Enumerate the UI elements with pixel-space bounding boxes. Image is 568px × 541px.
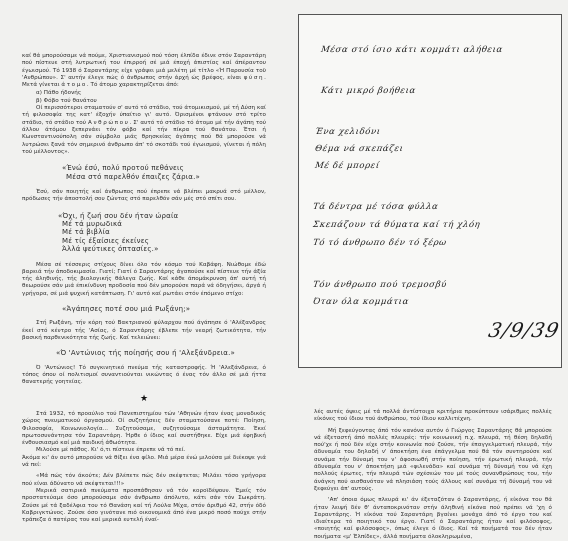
paragraph: Στή Ρωξάνη, τήν κόρη τού Βακτριανού φύλα… [22,320,266,342]
handwritten-date: 3/9/39 [486,318,561,342]
characteristics-list: α) Πάθο ήδονής β) Φόβο τού θανάτου [36,90,266,105]
poem-line: «Ένώ έσύ, πολύ προτού πεθάνεις [62,164,266,172]
poem-quote-1: «Ένώ έσύ, πολύ προτού πεθάνεις Μέσα στό … [62,164,266,181]
handwritten-line: Σκεπάζουν τά θύματα καί τή χλόη [312,220,481,230]
emphasis-anthropou: Ανθρώπου [88,120,129,126]
emphasis-physis: φύση [244,75,264,81]
handwritten-line: Μέ δέ μπορεί [314,161,380,171]
list-item: β) Φόβο τού θανάτου [36,98,266,105]
quote-roxane: «Άγάπησες ποτέ σου μιά Ρωξάνη;» [62,305,266,313]
paragraph: Ό 'Αντώνιος! Τό συγκινητικό πνεύμα τής κ… [22,365,266,387]
handwritten-line: Τό τό άνθρωπο δέν τό ξέρω [312,238,447,248]
paragraph: Στά 1932, τό προαύλιο τού Πανεπιστημίου … [22,411,266,447]
handwritten-line: Τόν άνθρωπο πού τρεμοσβύ [312,280,447,290]
poem-line: Άλλά ψεύτικες όπτασίες.» [58,245,266,253]
intro-paragraph: καί θά μπορούσαμε νά πούμε, Χριστιανισμο… [22,53,266,89]
handwritten-line: Ένα χελιδόνι [314,127,381,137]
poem-line: «Όχι, ή ζωή σου δέν ήταν ώραία [58,212,266,220]
paragraph: Μερικά σατιρικά πνεύματα προσπάθησαν νά … [22,488,266,524]
paragraph: Μιλούσε μέ πάθος. Κι' ό,τι πίστευε έπρεπ… [22,447,266,454]
paragraph: «Μά πώς τόν άκούτε; Δέν βλέπετε πώς δέν … [22,473,266,488]
paragraph: 'Απ' όποια όμως πλευρά κι' άν έξεταζόταν… [314,497,552,541]
quote-antonios: «Ό 'Αντώνιος τής ποίησής σου ή 'Αλεξάνδρ… [56,349,266,357]
poem-line: Μέ τά βιβλία [58,228,266,236]
left-column: καί θά μπορούσαμε νά πούμε, Χριστιανισμο… [22,53,266,524]
paragraph: λές αυτές όψεις μέ τά πολλά άντίστοιχα κ… [314,409,552,424]
right-column: λές αυτές όψεις μέ τά πολλά άντίστοιχα κ… [314,409,552,541]
paragraph: Οί περισσότεροι σταματούν σ' αυτό τό στά… [22,105,266,156]
handwritten-line: Όταν όλα κομμάτια [312,297,409,307]
emphasis-atomo: άτομο [61,82,86,88]
handwritten-line: Θέμα νά σκεπάζει [314,144,404,154]
handwritten-line: Μέσα στό ίσιο κάτι κομμάτι αλήθεια [320,45,503,55]
poem-line: Μέ τά μυρωδικά [58,220,266,228]
handwritten-manuscript: Μέσα στό ίσιο κάτι κομμάτι αλήθεια Κάτι … [298,14,562,368]
poem-line: Μέ τίς έξαίσιες έκείνες [58,237,266,245]
poem-line: Μέσα στό παρελθόν έπαιζες ζάρια.» [62,173,266,181]
paragraph: Άκόμα κι' άν αυτό μπορούσε νά θίξει ένα … [22,455,266,470]
paragraph: Μή ξεφεύγοντας άπό τόν κανόνα αυτόν ό Γι… [314,428,552,494]
poem-quote-2: «Όχι, ή ζωή σου δέν ήταν ώραία Μέ τά μυρ… [58,212,266,254]
paragraph: Μέσα σέ τέσσερις στίχους δίνει όλο τόν κ… [22,262,266,298]
star-separator-icon: ★ [22,396,266,403]
handwritten-line: Κάτι μικρό βοήθεια [320,86,416,96]
paragraph: Έσύ, σάν ποιητής καί άνθρωπος πού έπρεπε… [22,189,266,204]
list-item: α) Πάθο ήδονής [36,90,266,97]
handwritten-line: Τά δέντρα μέ τόσα φύλλα [312,202,439,212]
